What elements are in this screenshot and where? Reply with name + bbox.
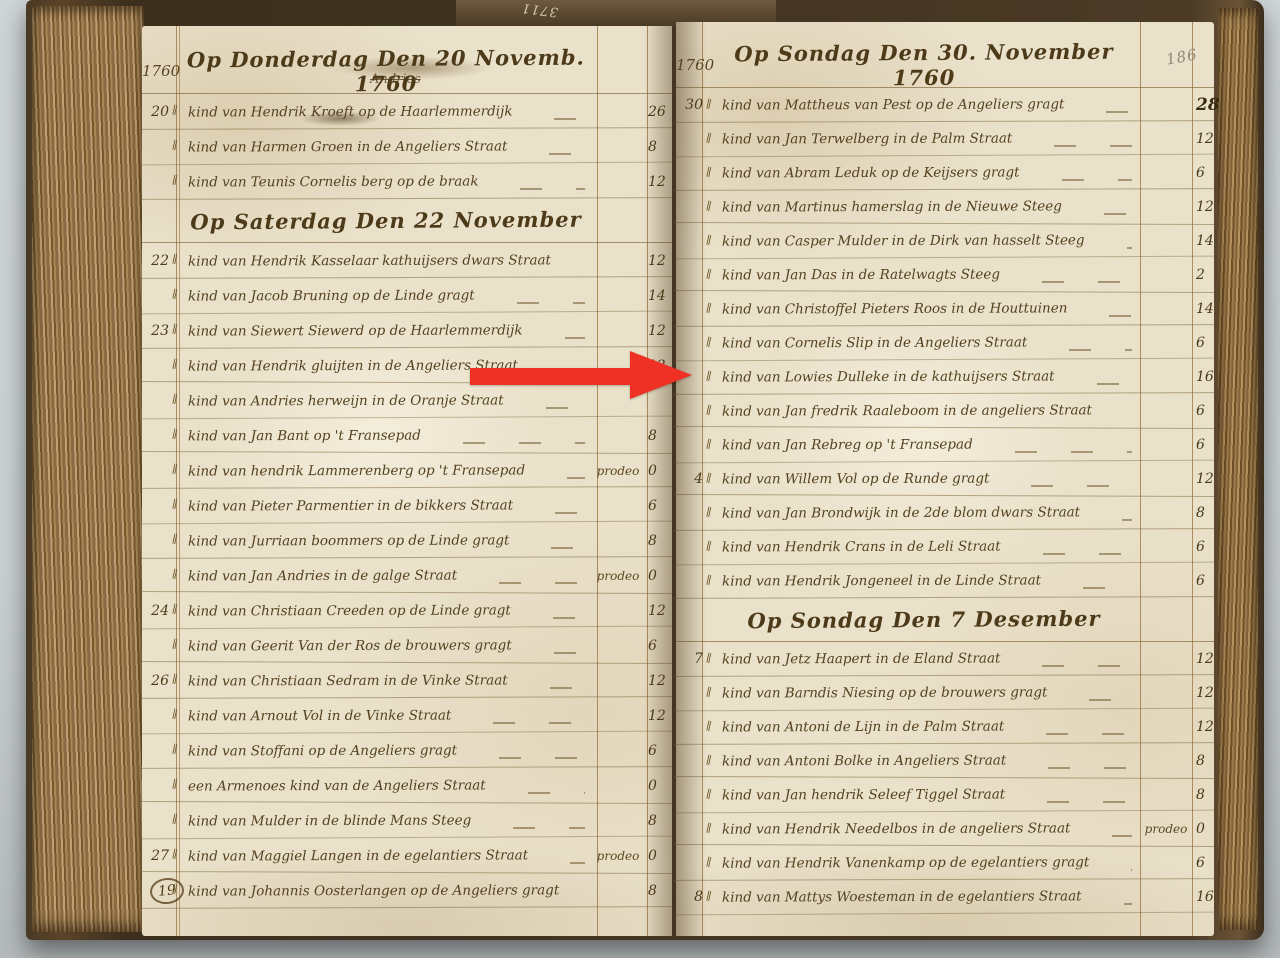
- entry-mark: ∥: [705, 685, 723, 701]
- register-row: 22 ∥ kind van Hendrik Kasselaar kathuijs…: [142, 243, 672, 278]
- entry-note: prodeo: [593, 849, 643, 863]
- entry-fee: 6: [1192, 437, 1214, 453]
- register-row: ∥ kind van Jan Terwelberg in de Palm Str…: [676, 122, 1214, 156]
- dash-filler: [1075, 315, 1132, 317]
- register-row: ∥ kind van Barndis Niesing op de brouwer…: [676, 676, 1214, 710]
- left-page-content: 1760 Op Donderdag Den 20 Novemb. 1760 20…: [142, 26, 672, 936]
- dash-filler: [559, 267, 585, 269]
- entry-text: kind van Christoffel Pieters Roos in de …: [722, 300, 1067, 317]
- register-row: ∥ kind van Teunis Cornelis berg op de br…: [142, 164, 672, 199]
- entry-text: kind van Jetz Haapert in de Eland Straat: [722, 651, 1000, 668]
- entry-mark: ∥: [705, 539, 723, 555]
- entries-nov22-list: 22 ∥ kind van Hendrik Kasselaar kathuijs…: [142, 243, 672, 908]
- entry-text: kind van Casper Mulder in de Dirk van ha…: [722, 232, 1085, 249]
- entry-text: kind van Arnout Vol in de Vinke Straat: [188, 707, 451, 724]
- dash-filler: [1049, 587, 1132, 589]
- dash-filler: [1088, 519, 1132, 521]
- date-header-text: Op Sondag Den 30. November 1760: [714, 38, 1134, 91]
- arrow-shaft: [470, 368, 634, 385]
- entry-mark: ∥: [171, 637, 189, 653]
- dash-filler: [1013, 801, 1132, 803]
- entry-fee: 12: [643, 323, 672, 339]
- entry-fee: 12: [1192, 471, 1214, 487]
- register-row: 24 ∥ kind van Christiaan Creeden op de L…: [142, 593, 672, 628]
- register-row: 23 ∥ kind van Siewert Siewerd op de Haar…: [142, 313, 672, 348]
- entry-text: kind van Jan hendrik Seleef Tiggel Straa…: [722, 787, 1005, 804]
- entry-text: kind van Pieter Parmentier in de bikkers…: [188, 497, 513, 514]
- day-number: 22: [142, 253, 172, 269]
- dash-filler: [494, 792, 585, 794]
- entry-fee: 0: [643, 463, 672, 479]
- dash-filler: [483, 302, 585, 304]
- entry-mark: ∥: [171, 567, 189, 583]
- register-row: ∥ kind van Christoffel Pieters Roos in d…: [676, 292, 1214, 326]
- entry-mark: ∥: [705, 821, 723, 837]
- entry-mark: ∥: [705, 787, 723, 803]
- entry-text: kind van Teunis Cornelis berg op de braa…: [188, 173, 479, 190]
- entry-fee: 28: [1192, 95, 1214, 115]
- entry-fee: 6: [1192, 855, 1214, 871]
- entry-text: kind van Hendrik gluijten in de Angelier…: [188, 357, 518, 374]
- entry-text: kind van Hendrik Jongeneel in de Linde S…: [722, 572, 1041, 589]
- entry-text: kind van Jan Bant op 't Fransepad: [188, 427, 421, 444]
- entry-text: kind van Christiaan Creeden op de Linde …: [188, 602, 511, 619]
- entries-nov30-list: 30 ∥ kind van Mattheus van Pest op de An…: [676, 88, 1214, 598]
- date-header-text: Op Sondag Den 7 Desember: [714, 606, 1134, 634]
- entry-fee: 6: [1192, 573, 1214, 589]
- dash-filler: [531, 337, 585, 339]
- entry-text: kind van Hendrik Kroeft op de Haarlemmer…: [188, 103, 513, 120]
- right-page-content: 1760 Op Sondag Den 30. November 1760 30 …: [676, 22, 1214, 936]
- register-row: 7 ∥ kind van Jetz Haapert in de Eland St…: [676, 642, 1214, 676]
- entry-mark: ∥: [171, 672, 189, 688]
- register-row: ∥ kind van Cornelis Slip in de Angeliers…: [676, 326, 1214, 360]
- day-number: 26: [142, 673, 172, 689]
- date-header-nov20: 1760 Op Donderdag Den 20 Novemb. 1760: [142, 48, 672, 94]
- date-header-nov22: Op Saterdag Den 22 November: [142, 199, 672, 243]
- register-row: ∥ kind van Jan Bant op 't Fransepad 8: [142, 418, 672, 453]
- entry-text: kind van Martinus hamerslag in de Nieuwe…: [722, 198, 1062, 215]
- register-row: ∥ kind van Lowies Dulleke in de kathuijs…: [676, 360, 1214, 394]
- register-row: ∥ kind van Hendrik Jongeneel in de Linde…: [676, 564, 1214, 598]
- register-row: ∥ kind van Mulder in de blinde Mans Stee…: [142, 803, 672, 838]
- entry-fee: 8: [1192, 787, 1214, 803]
- entry-fee: 6: [643, 498, 672, 514]
- entry-fee: 12: [1192, 719, 1214, 735]
- dash-filler: [459, 722, 585, 724]
- entry-text: kind van Hendrik Crans in de Leli Straat: [722, 539, 1001, 556]
- entry-mark: ∥: [705, 97, 723, 113]
- entry-text: kind van Hendrik Kasselaar kathuijsers d…: [188, 252, 551, 269]
- entry-note: prodeo: [593, 569, 643, 583]
- entry-fee: 26: [643, 104, 672, 120]
- dash-filler: [516, 687, 585, 689]
- date-header-text: Op Donderdag Den 20 Novemb. 1760: [180, 44, 592, 97]
- register-row: ∥ kind van Pieter Parmentier in de bikke…: [142, 488, 672, 523]
- entry-mark: ∥: [705, 165, 723, 181]
- entry-mark: ∥: [171, 252, 189, 268]
- entry-text: kind van Abram Leduk op de Keijsers grag…: [722, 164, 1020, 181]
- register-row: ∥ kind van Jan Andries in de galge Straa…: [142, 558, 672, 593]
- register-row: ∥ kind van Jan Brondwijk in de 2de blom …: [676, 496, 1214, 530]
- dash-filler: [567, 897, 585, 899]
- dash-filler: [1100, 417, 1132, 419]
- entry-fee: 8: [643, 813, 672, 829]
- register-row: ∥ een Armenoes kind van de Angeliers Str…: [142, 768, 672, 803]
- entry-mark: ∥: [171, 427, 189, 443]
- entry-mark: ∥: [171, 103, 189, 119]
- dash-filler: [1078, 835, 1132, 837]
- entry-text: kind van Cornelis Slip in de Angeliers S…: [722, 334, 1027, 351]
- entry-mark: ∥: [171, 847, 189, 863]
- year-margin: 1760: [676, 56, 714, 74]
- entry-text: kind van Jan Rebreg op 't Fransepad: [722, 437, 973, 454]
- day-number: 27: [142, 848, 172, 864]
- entry-mark: ∥: [705, 199, 723, 215]
- entry-fee: 16: [1192, 889, 1214, 905]
- entry-fee: 12: [1192, 685, 1214, 701]
- entry-fee: 12: [643, 708, 672, 724]
- annotation-arrow: [470, 351, 694, 399]
- dash-filler: [479, 827, 585, 829]
- register-row: ∥ kind van Casper Mulder in de Dirk van …: [676, 224, 1214, 258]
- left-page: Andries 19 1760 Op Donderdag Den 20 Nove…: [142, 26, 672, 936]
- entry-text: kind van Maggiel Langen in de egelantier…: [188, 847, 528, 864]
- entry-text: kind van Hendrik Needelbos in de angelie…: [722, 820, 1070, 837]
- entry-text: kind van Jurriaan boommers op de Linde g…: [188, 532, 510, 549]
- dash-filler: [536, 862, 585, 864]
- entry-fee: 6: [1192, 335, 1214, 351]
- register-row: ∥ kind van Jan Das in de Ratelwagts Stee…: [676, 258, 1214, 292]
- entry-fee: 12: [643, 174, 672, 190]
- entry-mark: ∥: [705, 233, 723, 249]
- entry-fee: 6: [1192, 403, 1214, 419]
- dash-filler: [465, 582, 585, 584]
- entry-fee: 6: [1192, 165, 1214, 181]
- entry-text: kind van Jan Das in de Ratelwagts Steeg: [722, 267, 1000, 284]
- dash-filler: [997, 485, 1132, 487]
- entry-text: kind van Siewert Siewerd op de Haarlemme…: [188, 322, 523, 339]
- dash-filler: [1093, 247, 1132, 249]
- arrow-head-icon: [630, 351, 692, 399]
- day-number: 4: [676, 471, 706, 487]
- dash-filler: [512, 407, 585, 409]
- register-row: 20 ∥ kind van Hendrik Kroeft op de Haarl…: [142, 94, 672, 129]
- dash-filler: [486, 188, 585, 190]
- register-row: ∥ kind van Abram Leduk op de Keijsers gr…: [676, 156, 1214, 190]
- entry-mark: ∥: [705, 889, 723, 905]
- dash-filler: [1009, 553, 1132, 555]
- register-row: ∥ kind van Jan fredrik Raaleboom in de a…: [676, 394, 1214, 428]
- entry-text: kind van Antoni de Lijn in de Palm Straa…: [722, 719, 1004, 736]
- dash-filler: [1012, 733, 1132, 735]
- register-row: 27 ∥ kind van Maggiel Langen in de egela…: [142, 838, 672, 873]
- page-stack-left: [32, 6, 144, 932]
- entry-text: kind van Jan Brondwijk in de 2de blom dw…: [722, 504, 1080, 521]
- register-row: 30 ∥ kind van Mattheus van Pest op de An…: [676, 88, 1214, 122]
- day-number: 8: [676, 889, 706, 905]
- day-number: 20: [142, 104, 172, 120]
- entry-fee: 0: [643, 568, 672, 584]
- entry-mark: ∥: [705, 267, 723, 283]
- register-row: ∥ kind van Jan Rebreg op 't Fransepad 6: [676, 428, 1214, 462]
- date-header-dec7: Op Sondag Den 7 Desember: [676, 598, 1214, 642]
- register-row: ∥ kind van Geerit Van der Ros de brouwer…: [142, 628, 672, 663]
- entry-note: prodeo: [593, 464, 643, 478]
- entry-mark: ∥: [705, 301, 723, 317]
- day-number: 30: [676, 97, 706, 113]
- dash-filler: [1097, 869, 1132, 871]
- register-row: ∥ kind van Stoffani op de Angeliers grag…: [142, 733, 672, 768]
- entry-text: kind van Johannis Oosterlangen op de Ang…: [188, 882, 559, 899]
- entries-nov20-list: 20 ∥ kind van Hendrik Kroeft op de Haarl…: [142, 94, 672, 199]
- entry-fee: 6: [1192, 539, 1214, 555]
- entry-text: kind van Barndis Niesing op de brouwers …: [722, 684, 1047, 701]
- register-row: ∥ kind van hendrik Lammerenberg op 't Fr…: [142, 453, 672, 488]
- date-header-nov30: 1760 Op Sondag Den 30. November 1760: [676, 42, 1214, 88]
- entry-mark: ∥: [171, 173, 189, 189]
- entry-mark: ∥: [705, 573, 723, 589]
- dash-filler: [1070, 213, 1132, 215]
- dash-filler: [981, 451, 1132, 453]
- entry-mark: ∥: [171, 882, 189, 898]
- register-row: ∥ kind van Arnout Vol in de Vinke Straat…: [142, 698, 672, 733]
- entry-mark: ∥: [171, 392, 189, 408]
- dash-filler: [465, 757, 585, 759]
- register-row: ∥ kind van Jacob Bruning op de Linde gra…: [142, 278, 672, 313]
- entry-text: kind van Hendrik Vanenkamp op de egelant…: [722, 854, 1089, 871]
- dash-filler: [520, 118, 585, 120]
- entry-fee: 12: [643, 673, 672, 689]
- entry-mark: ∥: [705, 437, 723, 453]
- entry-text: kind van Jacob Bruning op de Linde gragt: [188, 287, 475, 304]
- entry-mark: ∥: [171, 462, 189, 478]
- dash-filler: [429, 442, 585, 444]
- entry-text: kind van Harmen Groen in de Angeliers St…: [188, 138, 507, 155]
- page-stack-right: [1218, 8, 1258, 930]
- entry-mark: ∥: [171, 707, 189, 723]
- dash-filler: [519, 617, 585, 619]
- entry-text: kind van hendrik Lammerenberg op 't Fran…: [188, 462, 525, 479]
- right-page: 186 1760 Op Sondag Den 30. November 1760…: [676, 22, 1214, 936]
- entry-fee: 14: [1192, 233, 1214, 249]
- register-row: ∥ kind van Hendrik Vanenkamp op de egela…: [676, 846, 1214, 880]
- entry-text: kind van Lowies Dulleke in de kathuijser…: [722, 368, 1055, 385]
- entry-text: kind van Mulder in de blinde Mans Steeg: [188, 812, 471, 829]
- entries-dec7-list: 7 ∥ kind van Jetz Haapert in de Eland St…: [676, 642, 1214, 914]
- entry-text: kind van Stoffani op de Angeliers gragt: [188, 742, 457, 759]
- register-row: ∥ kind van Antoni Bolke in Angeliers Str…: [676, 744, 1214, 778]
- register-row: ∥ kind van Hendrik Crans in de Leli Stra…: [676, 530, 1214, 564]
- entry-fee: 12: [1192, 651, 1214, 667]
- entry-mark: ∥: [705, 131, 723, 147]
- entry-fee: 8: [1192, 753, 1214, 769]
- entry-fee: 8: [643, 139, 672, 155]
- entry-fee: 12: [643, 603, 672, 619]
- dash-filler: [1008, 665, 1132, 667]
- dash-filler: [1014, 767, 1132, 769]
- entry-mark: ∥: [705, 369, 723, 385]
- dash-filler: [1072, 111, 1132, 113]
- register-row: 26 ∥ kind van Christiaan Sedram in de Vi…: [142, 663, 672, 698]
- entry-text: kind van Jan fredrik Raaleboom in de ang…: [722, 402, 1092, 419]
- entry-fee: 6: [643, 743, 672, 759]
- dash-filler: [521, 512, 585, 514]
- entry-mark: ∥: [705, 403, 723, 419]
- entry-mark: ∥: [705, 505, 723, 521]
- entry-mark: ∥: [171, 777, 189, 793]
- entry-fee: 12: [1192, 131, 1214, 147]
- dash-filler: [517, 547, 585, 549]
- entry-mark: ∥: [705, 335, 723, 351]
- dash-filler: [533, 477, 585, 479]
- entry-text: kind van Willem Vol op de Runde gragt: [722, 471, 989, 488]
- screenshot-root: { "book": { "spine_inscription": "3711" …: [0, 0, 1280, 958]
- dash-filler: [1055, 699, 1132, 701]
- entry-note: prodeo: [1140, 822, 1192, 836]
- entry-fee: 16: [1192, 369, 1214, 385]
- dash-filler: [1028, 179, 1132, 181]
- entry-mark: ∥: [171, 287, 189, 303]
- day-number: 24: [142, 603, 172, 619]
- entry-mark: ∥: [705, 719, 723, 735]
- entry-mark: ∥: [171, 742, 189, 758]
- entry-mark: ∥: [705, 855, 723, 871]
- dash-filler: [1035, 349, 1132, 351]
- entry-mark: ∥: [705, 753, 723, 769]
- entry-mark: ∥: [171, 812, 189, 828]
- register-row: ∥ kind van Harmen Groen in de Angeliers …: [142, 129, 672, 164]
- entry-text: kind van Mattys Woesteman in de egelanti…: [722, 888, 1082, 905]
- entry-mark: ∥: [171, 602, 189, 618]
- entry-text: kind van Jan Andries in de galge Straat: [188, 567, 457, 584]
- entry-text: kind van Christiaan Sedram in de Vinke S…: [188, 672, 508, 689]
- entry-text: kind van Andries herweijn in de Oranje S…: [188, 392, 504, 409]
- entry-mark: ∥: [171, 322, 189, 338]
- register-row: 8 ∥ kind van Mattys Woesteman in de egel…: [676, 880, 1214, 914]
- register-row: ∥ kind van Antoni de Lijn in de Palm Str…: [676, 710, 1214, 744]
- year-margin: 1760: [142, 62, 180, 80]
- dash-filler: [1020, 145, 1132, 147]
- entry-mark: ∥: [171, 532, 189, 548]
- entry-fee: 0: [643, 778, 672, 794]
- register-row: ∥ kind van Hendrik Needelbos in de angel…: [676, 812, 1214, 846]
- entry-text: een Armenoes kind van de Angeliers Straa…: [188, 777, 486, 794]
- entry-fee: 0: [643, 848, 672, 864]
- day-number: 23: [142, 323, 172, 339]
- entry-fee: 0: [1192, 821, 1214, 837]
- dash-filler: [520, 652, 585, 654]
- dash-filler: [1008, 281, 1132, 283]
- entry-text: kind van Antoni Bolke in Angeliers Straa…: [722, 753, 1006, 770]
- register-row: ∥ kind van Johannis Oosterlangen op de A…: [142, 873, 672, 908]
- entry-fee: 12: [643, 253, 672, 269]
- entry-fee: 8: [643, 883, 672, 899]
- date-header-text: Op Saterdag Den 22 November: [180, 207, 592, 235]
- entry-mark: ∥: [171, 497, 189, 513]
- entry-fee: 8: [643, 428, 672, 444]
- entry-fee: 12: [1192, 199, 1214, 215]
- entry-mark: ∥: [705, 651, 723, 667]
- register-row: 4 ∥ kind van Willem Vol op de Runde grag…: [676, 462, 1214, 496]
- dash-filler: [1090, 903, 1132, 905]
- day-number: 7: [676, 651, 706, 667]
- dash-filler: [515, 153, 585, 155]
- entry-mark: ∥: [171, 357, 189, 373]
- entry-text: kind van Mattheus van Pest op de Angelie…: [722, 96, 1065, 113]
- entry-mark: ∥: [705, 471, 723, 487]
- entry-fee: 2: [1192, 267, 1214, 283]
- entry-fee: 14: [643, 288, 672, 304]
- entry-fee: 8: [643, 533, 672, 549]
- entry-fee: 8: [1192, 505, 1214, 521]
- entry-text: kind van Jan Terwelberg in de Palm Straa…: [722, 130, 1012, 147]
- entry-mark: ∥: [171, 138, 189, 154]
- entry-fee: 6: [643, 638, 672, 654]
- register-row: ∥ kind van Jurriaan boommers op de Linde…: [142, 523, 672, 558]
- entry-text: kind van Geerit Van der Ros de brouwers …: [188, 637, 512, 654]
- entry-fee: 14: [1192, 301, 1214, 317]
- register-book: 3711 Andries 19 1760 Op Donderdag Den 20…: [26, 0, 1264, 940]
- register-row: ∥ kind van Jan hendrik Seleef Tiggel Str…: [676, 778, 1214, 812]
- dash-filler: [1063, 383, 1132, 385]
- register-row: ∥ kind van Martinus hamerslag in de Nieu…: [676, 190, 1214, 224]
